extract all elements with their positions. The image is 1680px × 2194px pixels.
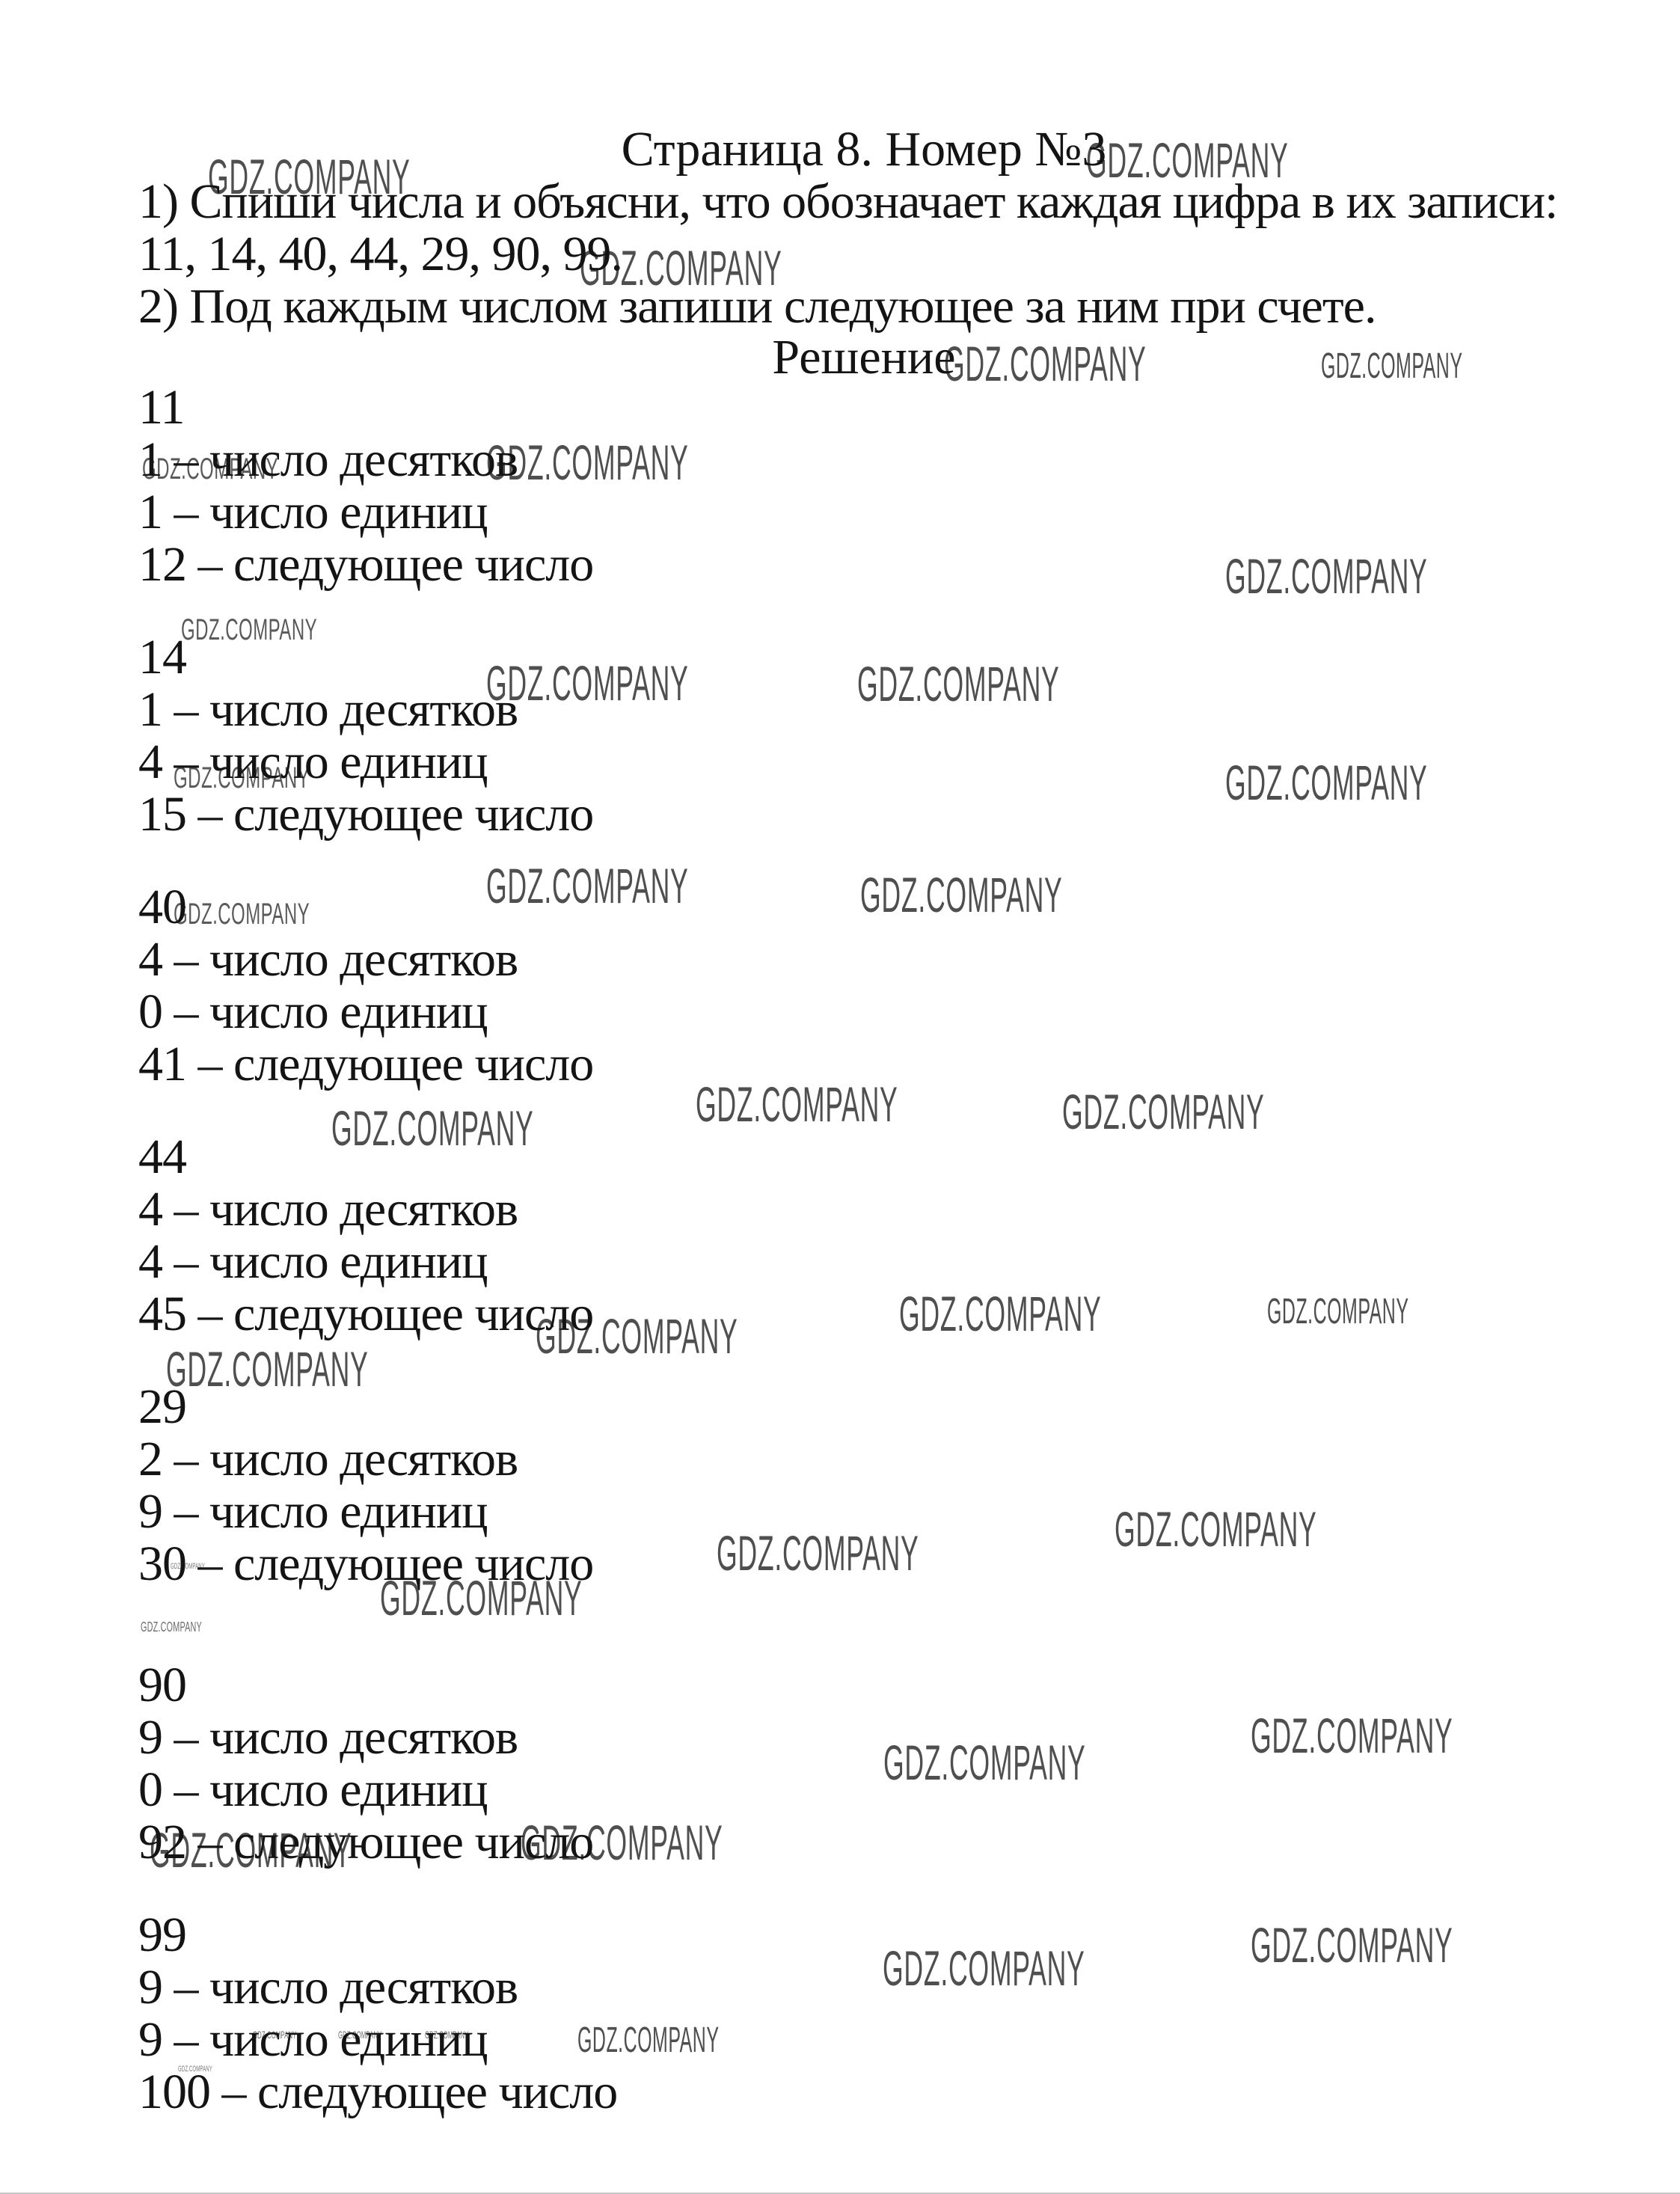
block-line: 0 – число единиц <box>138 1764 1542 1816</box>
block-line: 1 – число десятков <box>138 684 1542 736</box>
block-line: 4 – число десятков <box>138 934 1542 986</box>
block-line: 1 – число десятков <box>138 434 1542 486</box>
block-line: 2 – число десятков <box>138 1433 1542 1486</box>
block-number: 11 <box>138 382 1542 434</box>
block-line: 92 – следующее число <box>138 1816 1542 1869</box>
block-line: 9 – число единиц <box>138 2014 1542 2066</box>
number-block: 909 – число десятков0 – число единиц92 –… <box>138 1659 1542 1869</box>
number-block: 999 – число десятков9 – число единиц100 … <box>138 1909 1542 2118</box>
number-block: 444 – число десятков4 – число единиц45 –… <box>138 1131 1542 1340</box>
number-block: 141 – число десятков4 – число единиц15 –… <box>138 631 1542 841</box>
task-line-numbers: 11, 14, 40, 44, 29, 90, 99. <box>138 228 1542 281</box>
block-line: 30 – следующее число <box>138 1538 1542 1590</box>
block-line: 15 – следующее число <box>138 788 1542 841</box>
task-line-2: 2) Под каждым числом запиши следующее за… <box>138 281 1542 333</box>
number-block: 111 – число десятков1 – число единиц12 –… <box>138 382 1542 591</box>
block-line: 1 – число единиц <box>138 486 1542 539</box>
block-number: 40 <box>138 881 1542 934</box>
solution-blocks: 111 – число десятков1 – число единиц12 –… <box>138 382 1542 2118</box>
block-line: 41 – следующее число <box>138 1038 1542 1091</box>
block-line: 9 – число десятков <box>138 1961 1542 2014</box>
block-number: 99 <box>138 1909 1542 1961</box>
block-number: 44 <box>138 1131 1542 1183</box>
block-number: 29 <box>138 1381 1542 1433</box>
block-line: 9 – число единиц <box>138 1486 1542 1538</box>
number-block: 292 – число десятков9 – число единиц30 –… <box>138 1381 1542 1590</box>
page-title: Страница 8. Номер №3 <box>186 123 1542 176</box>
block-line: 45 – следующее число <box>138 1288 1542 1340</box>
block-line: 100 – следующее число <box>138 2066 1542 2118</box>
block-number: 14 <box>138 631 1542 684</box>
block-line: 4 – число единиц <box>138 1236 1542 1288</box>
block-line: 12 – следующее число <box>138 539 1542 591</box>
number-block: 404 – число десятков0 – число единиц41 –… <box>138 881 1542 1091</box>
block-line: 0 – число единиц <box>138 986 1542 1038</box>
block-number: 90 <box>138 1659 1542 1712</box>
block-line: 4 – число десятков <box>138 1183 1542 1236</box>
document-content: Страница 8. Номер №3 1) Спиши числа и об… <box>0 0 1680 2118</box>
block-line: 4 – число единиц <box>138 736 1542 788</box>
block-line: 9 – число десятков <box>138 1712 1542 1764</box>
task-line-1: 1) Спиши числа и объясни, что обозначает… <box>138 176 1542 228</box>
solution-heading: Решение <box>186 333 1542 382</box>
document-page: GDZ.COMPANYGDZ.COMPANYGDZ.COMPANYGDZ.COM… <box>0 0 1680 2194</box>
